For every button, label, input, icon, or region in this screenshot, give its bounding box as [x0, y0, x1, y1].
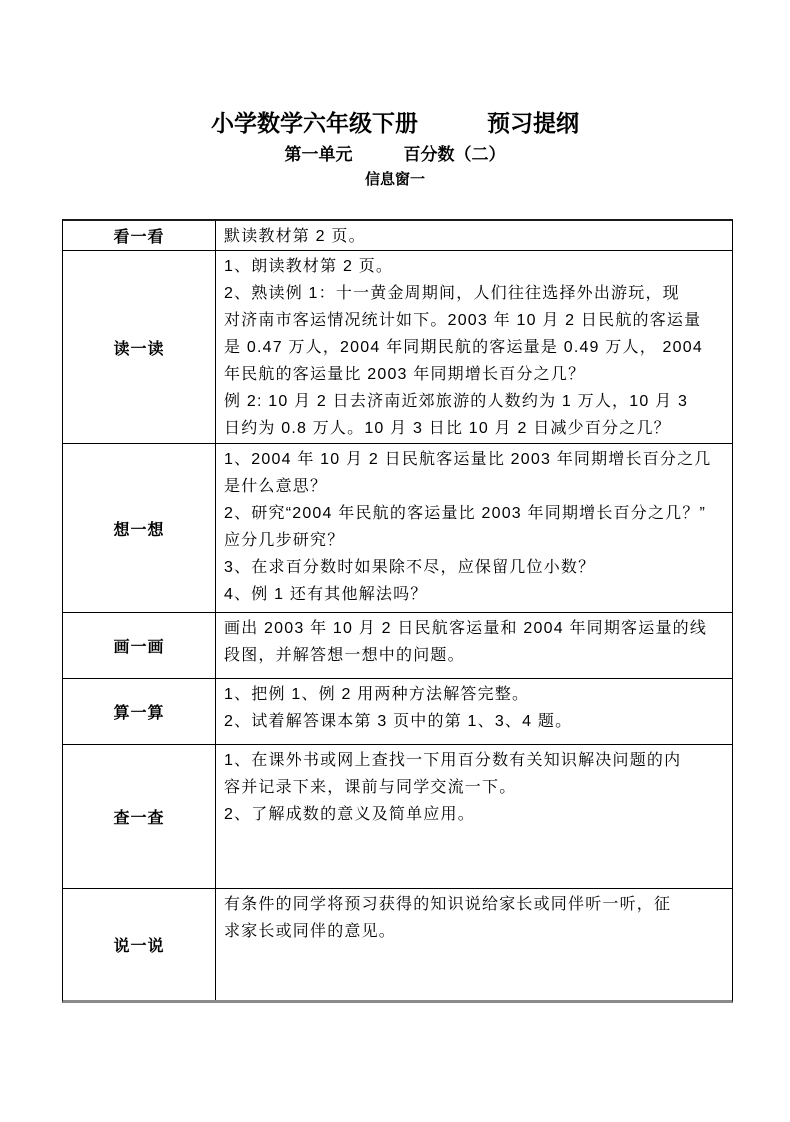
row-label: 算一算: [63, 679, 216, 744]
table-row-kanyikan: 看一看 默读教材第 2 页。: [63, 221, 732, 251]
row-label: 想一想: [63, 444, 216, 612]
row-content: 有条件的同学将预习获得的知识说给家长或同伴听一听，征 求家长或同伴的意见。: [216, 889, 732, 1000]
table-row-suanyisuan: 算一算 1、把例 1、例 2 用两种方法解答完整。 2、试着解答课本第 3 页中…: [63, 679, 732, 745]
unit-heading: 第一单元 百分数（二）: [0, 143, 790, 167]
row-content: 画出 2003 年 10 月 2 日民航客运量和 2004 年同期客运量的线 段…: [216, 613, 732, 678]
row-content: 1、2004 年 10 月 2 日民航客运量比 2003 年同期增长百分之几 是…: [216, 444, 732, 612]
table-row-huayihua: 画一画 画出 2003 年 10 月 2 日民航客运量和 2004 年同期客运量…: [63, 613, 732, 679]
page-title: 小学数学六年级下册 预习提纲: [0, 108, 790, 138]
document-page: 小学数学六年级下册 预习提纲 第一单元 百分数（二） 信息窗一 看一看 默读教材…: [0, 0, 790, 1122]
table-row-duyidu: 读一读 1、朗读教材第 2 页。 2、熟读例 1：十一黄金周期间，人们往往选择外…: [63, 251, 732, 444]
row-label: 看一看: [63, 221, 216, 250]
row-content: 默读教材第 2 页。: [216, 221, 732, 250]
table-row-chayicha: 查一查 1、在课外书或网上查找一下用百分数有关知识解决问题的内 容并记录下来，课…: [63, 745, 732, 889]
section-heading: 信息窗一: [0, 169, 790, 191]
table-row-xiangyixiang: 想一想 1、2004 年 10 月 2 日民航客运量比 2003 年同期增长百分…: [63, 444, 732, 613]
row-label: 说一说: [63, 889, 216, 1000]
table-row-shuoyishuo: 说一说 有条件的同学将预习获得的知识说给家长或同伴听一听，征 求家长或同伴的意见…: [63, 889, 732, 1000]
row-label: 画一画: [63, 613, 216, 678]
row-label: 读一读: [63, 251, 216, 443]
row-content: 1、在课外书或网上查找一下用百分数有关知识解决问题的内 容并记录下来，课前与同学…: [216, 745, 732, 888]
row-content: 1、朗读教材第 2 页。 2、熟读例 1：十一黄金周期间，人们往往选择外出游玩，…: [216, 251, 732, 443]
preview-outline-table: 看一看 默读教材第 2 页。 读一读 1、朗读教材第 2 页。 2、熟读例 1：…: [62, 219, 733, 1003]
row-label: 查一查: [63, 745, 216, 888]
row-content: 1、把例 1、例 2 用两种方法解答完整。 2、试着解答课本第 3 页中的第 1…: [216, 679, 732, 744]
